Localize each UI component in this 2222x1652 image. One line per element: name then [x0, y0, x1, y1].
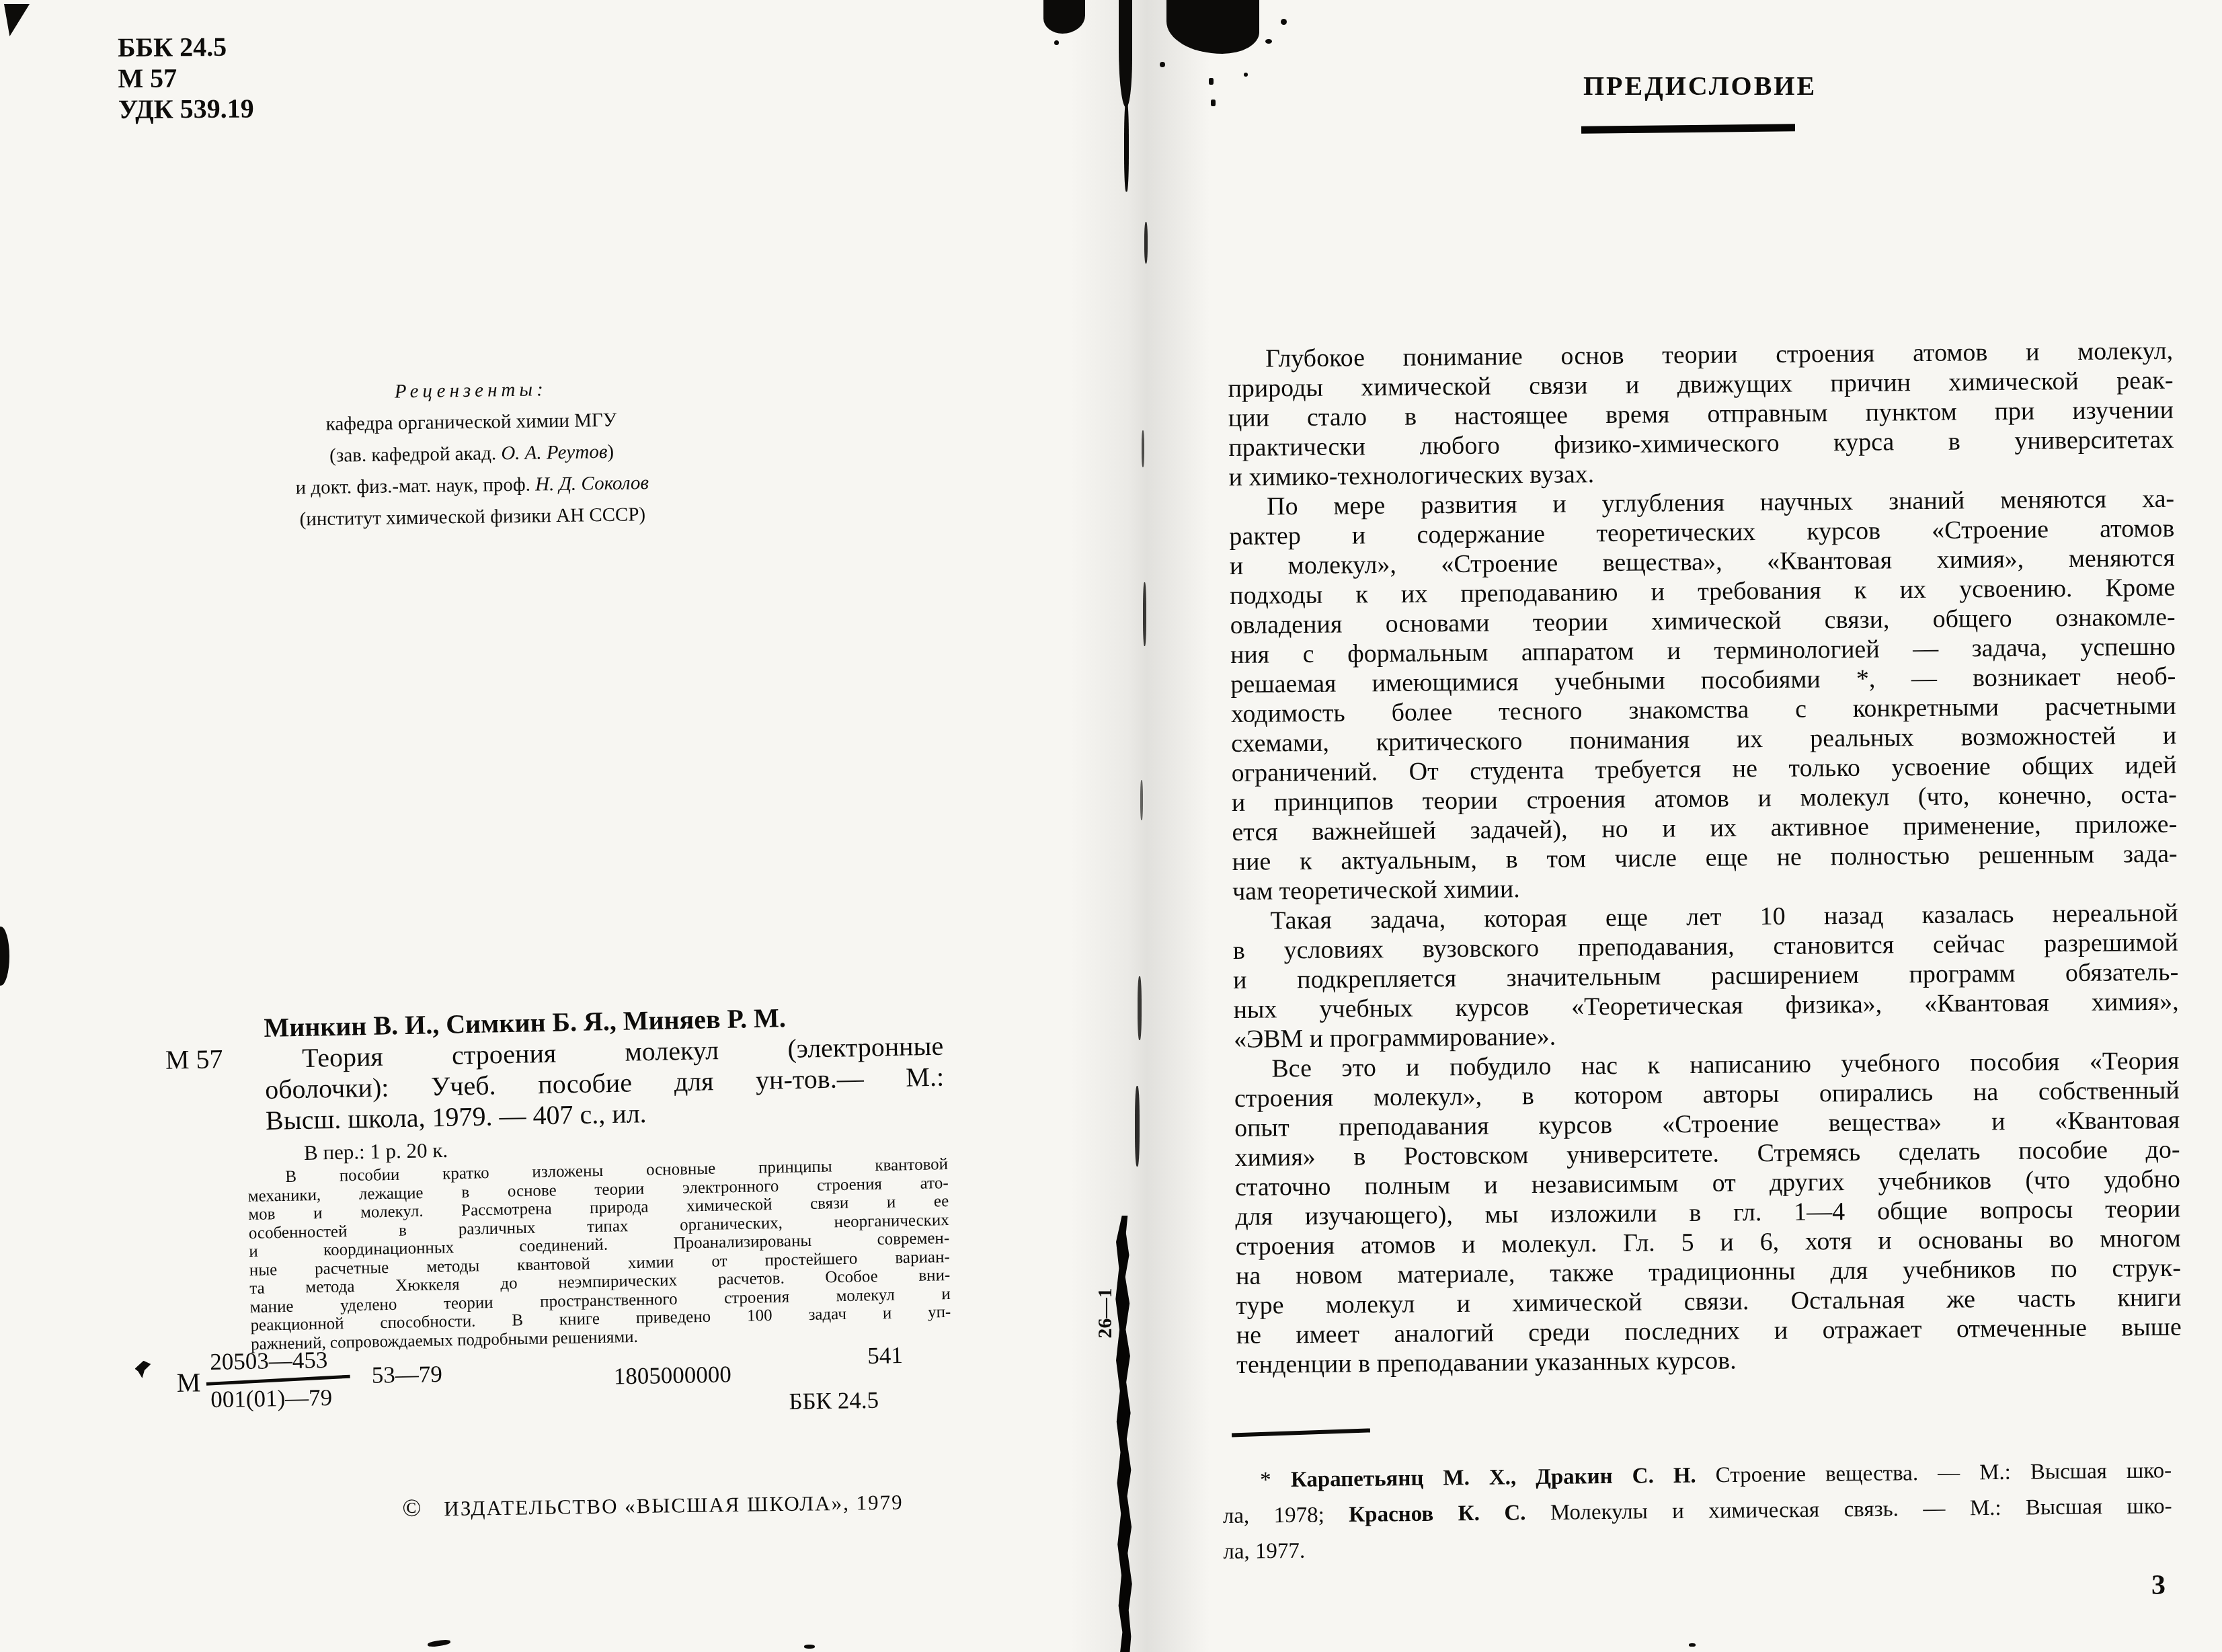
binding-dash: [1140, 780, 1143, 820]
binding-dash: [1138, 976, 1142, 1040]
reviewers-block: Рецензенты:кафедра органической химии МГ…: [269, 372, 674, 536]
ink-speck: [1054, 40, 1059, 45]
page-title: ПРЕДИСЛОВИЕ: [1583, 70, 2054, 102]
binding-drip-tail: [1124, 101, 1129, 192]
binding-dash: [1144, 222, 1148, 264]
binding-dash: [1135, 1086, 1140, 1167]
ink-speck: [1211, 100, 1216, 106]
copyright-text: ИЗДАТЕЛЬСТВО «ВЫСШАЯ ШКОЛА», 1979: [444, 1491, 904, 1521]
catalog-fraction-numerator: 20503—453: [210, 1347, 328, 1376]
book-scan: { "scan": { "paper_color": "#f7f6f2", "i…: [0, 0, 2222, 1652]
ink-speck: [428, 1639, 451, 1648]
binding-dash: [1143, 582, 1146, 646]
footnote-separator: [1232, 1428, 1370, 1437]
ink-speck: [1689, 1643, 1696, 1647]
imprint-block: Минкин В. И., Симкин Б. Я., Миняев Р. М.…: [264, 1000, 945, 1167]
catalog-bbk: ББК 24.5: [789, 1387, 879, 1415]
binding-dash: [1142, 430, 1144, 467]
catalog-standard-number: 1805000000: [613, 1362, 731, 1390]
biblio-entry: Теория строения молекул (электронныеобол…: [264, 1031, 945, 1136]
gutter-shadow: [1069, 0, 1210, 1652]
ink-speck: [1281, 19, 1287, 25]
page-number: 3: [2151, 1569, 2166, 1602]
copyright-symbol: ©: [402, 1495, 422, 1522]
catalog-block: М 20503—453 001(01)—79 53—79 1805000000 …: [134, 1336, 936, 1444]
title-rule: [1581, 124, 1795, 133]
preface-body: Глубокое понимание основ теории строения…: [1228, 336, 2182, 1380]
bbk-udc-block: ББК 24.5М 57УДК 539.19: [118, 30, 401, 125]
catalog-margin-code: М 57: [165, 1043, 223, 1076]
catalog-code: 53—79: [371, 1361, 442, 1389]
catalog-fraction-denominator: 001(01)—79: [210, 1384, 332, 1413]
ink-speck: [1265, 39, 1272, 44]
annotation-block: В пособии кратко изложены основные принц…: [247, 1155, 951, 1353]
pen-mark: [134, 1361, 151, 1378]
printing-signature-mark: 26—1: [1094, 1256, 1118, 1370]
ink-speck: [804, 1645, 815, 1649]
ink-speck: [1160, 62, 1165, 67]
binding-drip: [1119, 0, 1132, 108]
catalog-letter: М: [176, 1366, 200, 1399]
ink-speck: [1209, 78, 1214, 85]
ink-blot-corner: [4, 4, 30, 36]
ink-blot-left-edge: [0, 927, 9, 986]
copyright-line: ©ИЗДАТЕЛЬСТВО «ВЫСШАЯ ШКОЛА», 1979: [402, 1485, 1008, 1523]
catalog-udc: 541: [867, 1342, 903, 1370]
ink-speck: [1244, 73, 1248, 77]
footnote-block: * Карапетьянц М. Х., Дракин С. Н. Строен…: [1222, 1453, 2173, 1570]
